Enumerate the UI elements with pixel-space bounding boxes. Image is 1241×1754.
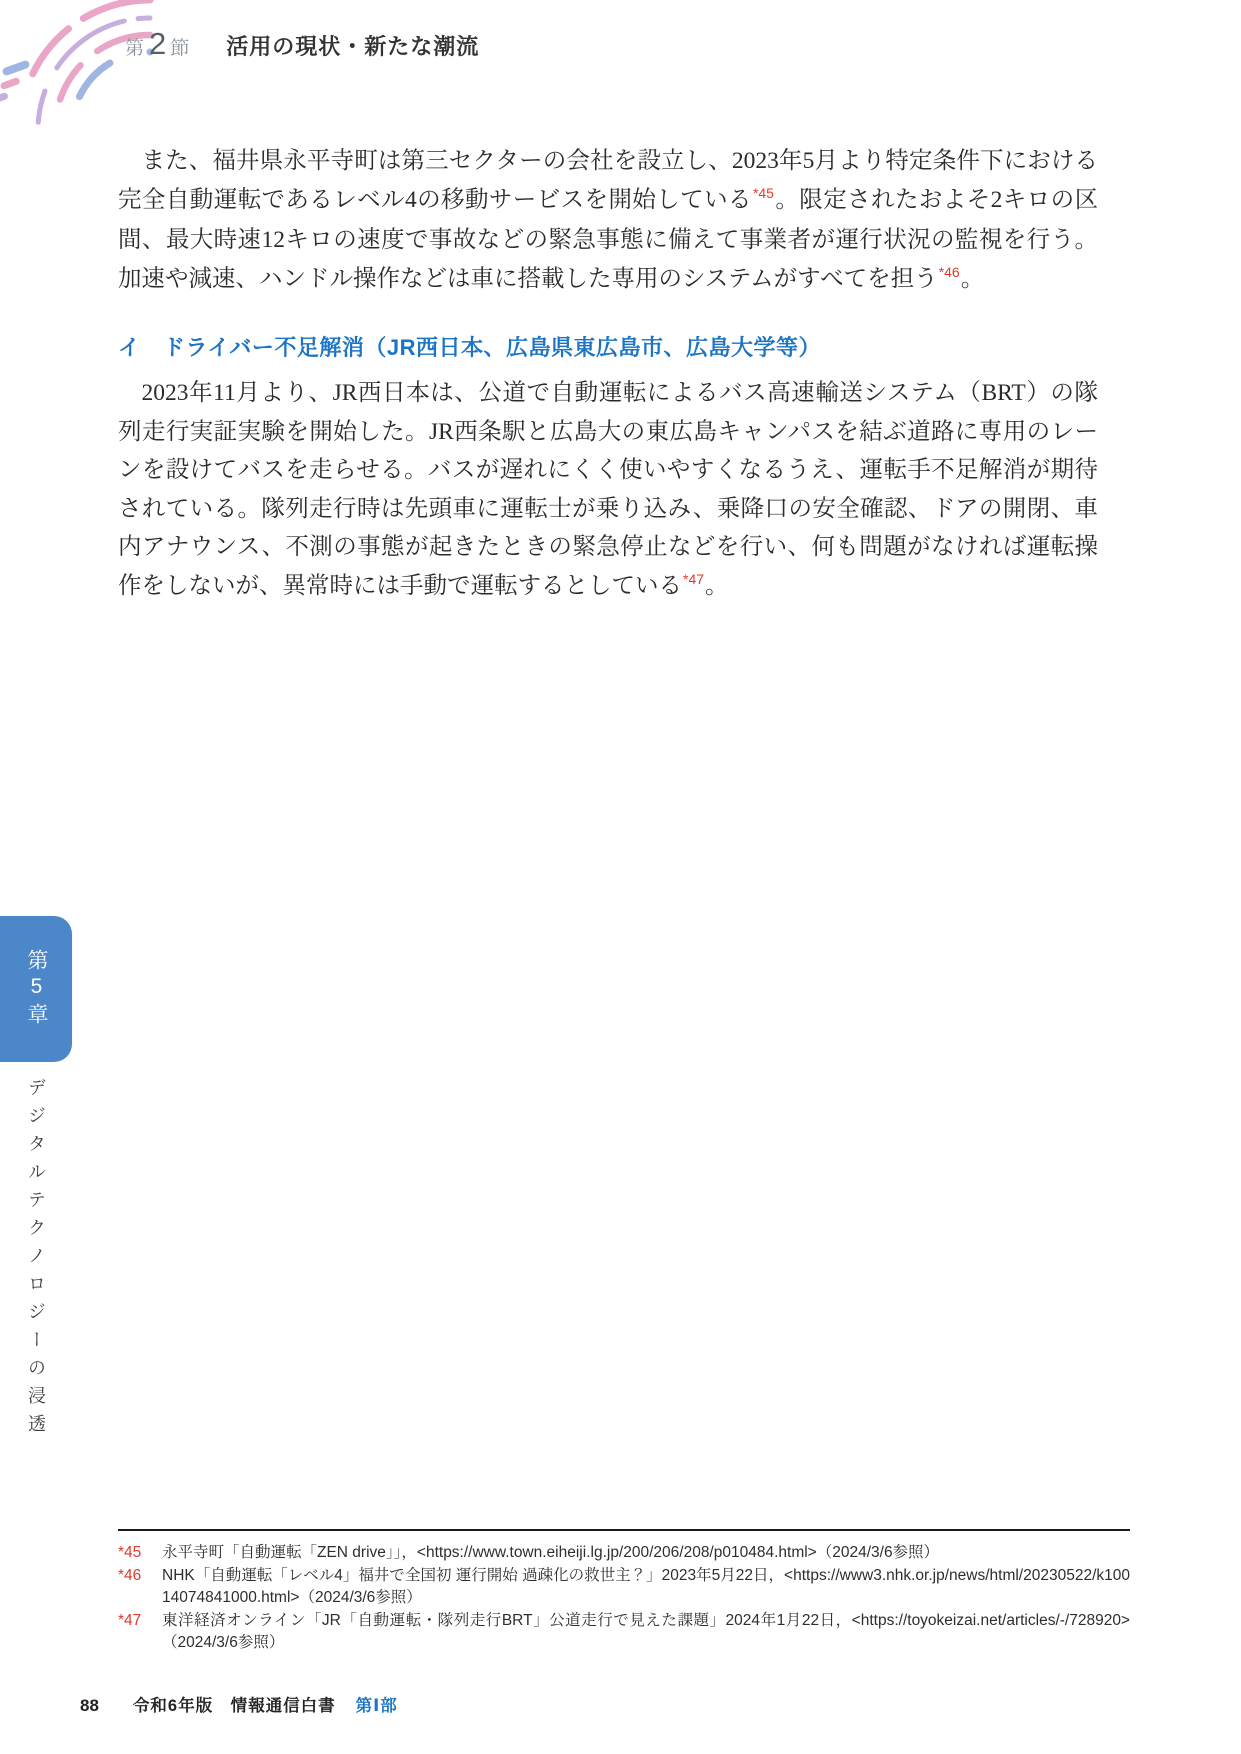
section-suffix-label: 節 [170, 33, 190, 60]
text-run: 。 [961, 266, 985, 292]
subsection-heading: イ ドライバー不足解消（JR西日本、広島県東広島市、広島大学等） [118, 330, 1098, 366]
document-page: 第 2 節 活用の現状・新たな潮流 また、福井県永平寺町は第三セクターの会社を設… [0, 0, 1241, 1754]
footnote-text: NHK「自動運転「レベル4」福井で全国初 運行開始 過疎化の救世主？」2023年… [162, 1565, 1130, 1610]
chapter-tab-label: 第5章 [21, 949, 51, 1029]
footnote-text: 東洋経済オンライン「JR「自動運転・隊列走行BRT」公道走行で見えた課題」202… [162, 1610, 1130, 1655]
text-run: 2023年11月より、JR西日本は、公道で自動運転によるバス高速輸送システム（B… [118, 380, 1098, 599]
footnote-reference: *45 [752, 185, 775, 201]
corner-arc-decoration-icon [0, 0, 175, 132]
section-number: 2 [149, 26, 166, 62]
chapter-tab: 第5章 [0, 916, 72, 1062]
main-text-column: また、福井県永平寺町は第三セクターの会社を設立し、2023年5月より特定条件下に… [118, 142, 1098, 607]
footnote-reference: *46 [938, 264, 961, 280]
footnote-row: *46 NHK「自動運転「レベル4」福井で全国初 運行開始 過疎化の救世主？」2… [118, 1565, 1130, 1610]
section-header: 第 2 節 活用の現状・新たな潮流 [125, 26, 479, 62]
body-paragraph-1: また、福井県永平寺町は第三セクターの会社を設立し、2023年5月より特定条件下に… [118, 142, 1098, 300]
text-run: 。 [705, 573, 729, 599]
section-prefix-label: 第 [125, 33, 145, 60]
body-paragraph-2: 2023年11月より、JR西日本は、公道で自動運転によるバス高速輸送システム（B… [118, 374, 1098, 607]
footnote-block: *45 永平寺町「自動運転「ZEN drive」」，<https://www.t… [118, 1529, 1130, 1655]
section-number-block: 第 2 節 [125, 26, 190, 62]
edition-title: 令和6年版 情報通信白書 [133, 1692, 336, 1716]
chapter-title-vertical: デジタルテクノロジーの浸透 [23, 1078, 49, 1442]
part-label: 第Ⅰ部 [356, 1692, 398, 1716]
section-title: 活用の現状・新たな潮流 [226, 30, 479, 61]
footnote-row: *45 永平寺町「自動運転「ZEN drive」」，<https://www.t… [118, 1542, 1130, 1565]
footnote-text: 永平寺町「自動運転「ZEN drive」」，<https://www.town.… [162, 1542, 1130, 1565]
page-number: 88 [80, 1696, 99, 1716]
page-footer: 88 令和6年版 情報通信白書 第Ⅰ部 [80, 1692, 398, 1716]
footnote-reference: *47 [682, 571, 705, 587]
footnote-row: *47 東洋経済オンライン「JR「自動運転・隊列走行BRT」公道走行で見えた課題… [118, 1610, 1130, 1655]
footnote-marker: *45 [118, 1542, 162, 1565]
footnote-marker: *47 [118, 1610, 162, 1655]
footnote-marker: *46 [118, 1565, 162, 1610]
